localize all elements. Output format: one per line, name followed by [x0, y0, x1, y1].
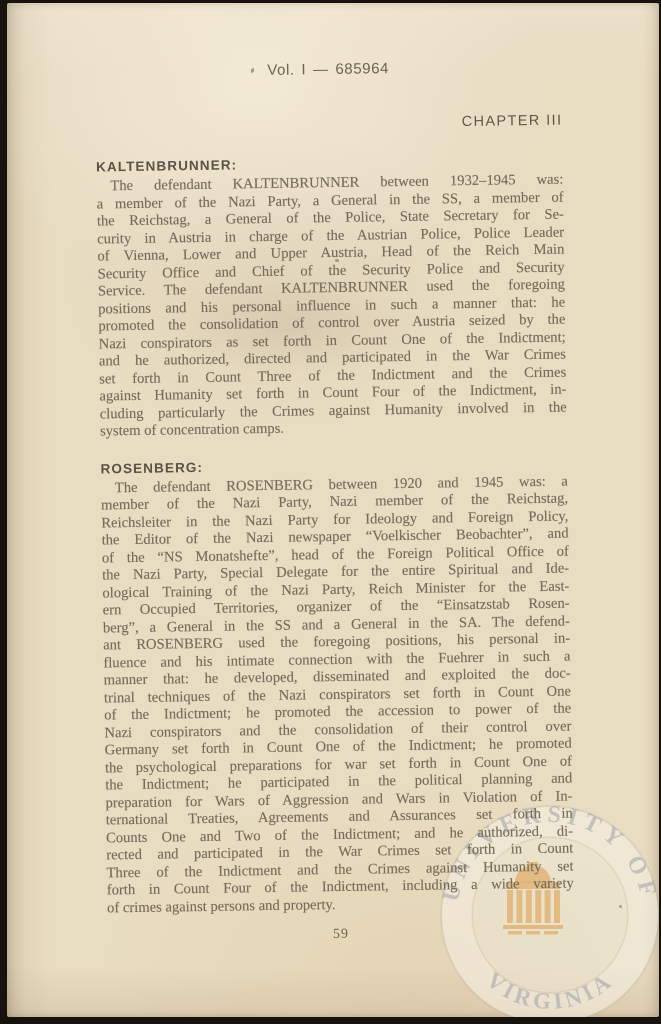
page-content: Vol. I — 685964 CHAPTER III KALTENBRUNNE…	[7, 3, 659, 1017]
paragraph: The defendant KALTENBRUNNER between 1932…	[96, 172, 567, 441]
page-number: 59	[107, 923, 574, 946]
chapter-heading: CHAPTER III	[95, 113, 562, 136]
paragraph: The defendant ROSENBERG between 1920 and…	[101, 473, 574, 917]
section: ROSENBERG:The defendant ROSENBERG betwee…	[100, 454, 574, 917]
volume-header: Vol. I — 685964	[95, 58, 562, 82]
section-heading: KALTENBRUNNER:	[96, 153, 563, 175]
section-heading: ROSENBERG:	[100, 454, 567, 476]
scanned-book-page: UNIVERSITY OF VIRGINIA	[0, 0, 661, 1024]
paper-page: UNIVERSITY OF VIRGINIA	[7, 3, 659, 1017]
indictment-sections: KALTENBRUNNER:The defendant KALTENBRUNNE…	[96, 153, 574, 918]
section: KALTENBRUNNER:The defendant KALTENBRUNNE…	[96, 153, 567, 441]
